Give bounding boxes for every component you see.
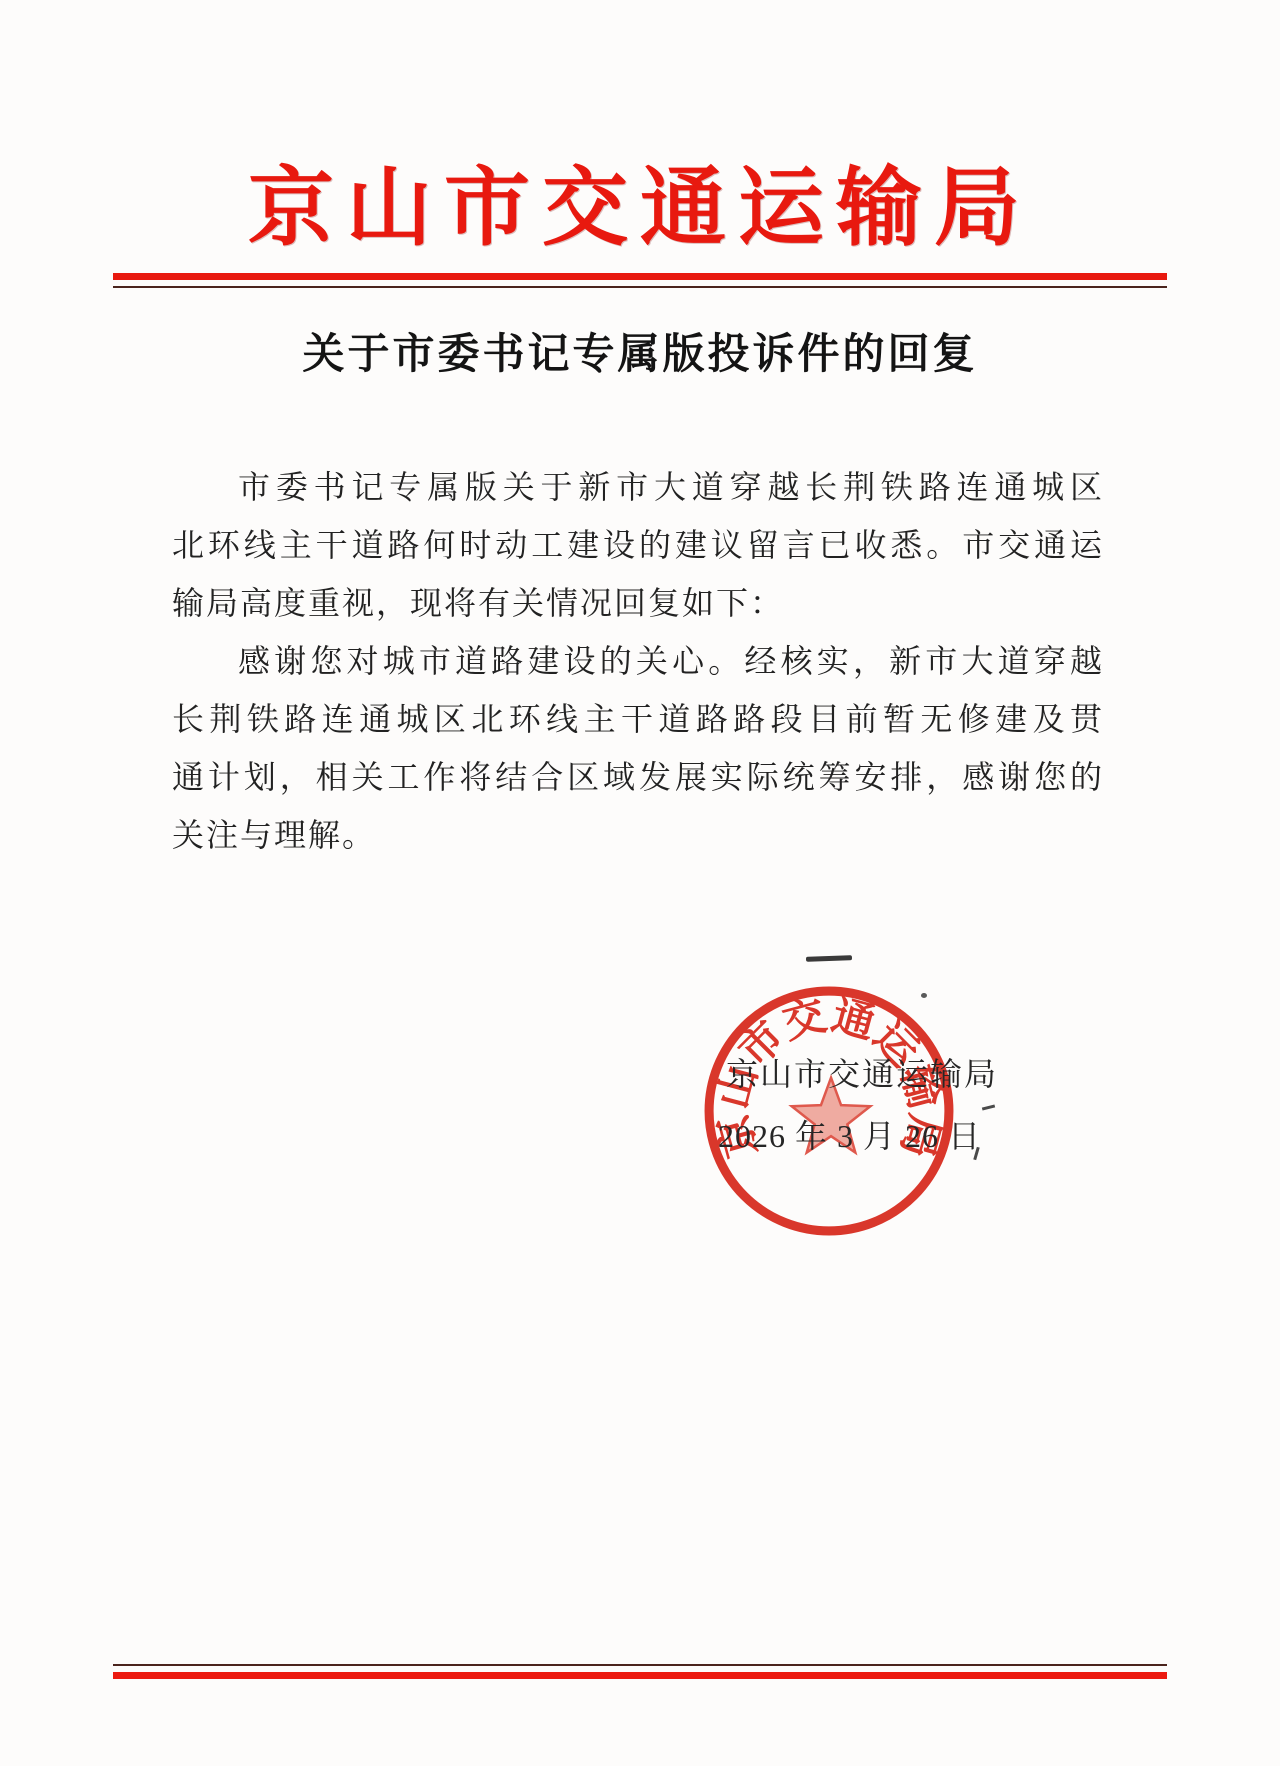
body-line: 关注与理解。 <box>172 806 1104 864</box>
scan-artifact-tick <box>982 1104 995 1110</box>
letter-body: 市委书记专属版关于新市大道穿越长荆铁路连通城区 北环线主干道路何时动工建设的建议… <box>172 458 1104 864</box>
footer-rule-thick <box>113 1672 1167 1679</box>
letterhead-agency-name: 京山市交通运输局 <box>0 160 1280 256</box>
body-line: 感谢您对城市道路建设的关心。经核实，新市大道穿越 <box>172 632 1104 690</box>
footer-rule-thin <box>113 1664 1167 1666</box>
paragraph-1: 市委书记专属版关于新市大道穿越长荆铁路连通城区 北环线主干道路何时动工建设的建议… <box>172 458 1104 632</box>
scan-artifact-dash <box>806 955 852 962</box>
official-seal-stamp-icon: 京山市交通运输局 <box>700 982 958 1240</box>
body-line: 通计划，相关工作将结合区域发展实际统筹安排，感谢您的 <box>172 748 1104 806</box>
letterhead-rule-thick <box>113 273 1167 280</box>
scan-artifact-dot <box>921 993 927 998</box>
signature-date: 2026 年 3 月 26 日 <box>718 1118 981 1154</box>
signature-agency-name: 京山市交通运输局 <box>726 1056 998 1092</box>
body-line: 输局高度重视，现将有关情况回复如下： <box>172 574 1104 632</box>
letterhead-rule-thin <box>113 286 1167 288</box>
paragraph-2: 感谢您对城市道路建设的关心。经核实，新市大道穿越 长荆铁路连通城区北环线主干道路… <box>172 632 1104 864</box>
scanned-letter-page: 京山市交通运输局 关于市委书记专属版投诉件的回复 市委书记专属版关于新市大道穿越… <box>0 0 1280 1766</box>
body-line: 长荆铁路连通城区北环线主干道路路段目前暂无修建及贯 <box>172 690 1104 748</box>
body-line: 北环线主干道路何时动工建设的建议留言已收悉。市交通运 <box>172 516 1104 574</box>
body-line: 市委书记专属版关于新市大道穿越长荆铁路连通城区 <box>172 458 1104 516</box>
document-title: 关于市委书记专属版投诉件的回复 <box>0 330 1280 380</box>
